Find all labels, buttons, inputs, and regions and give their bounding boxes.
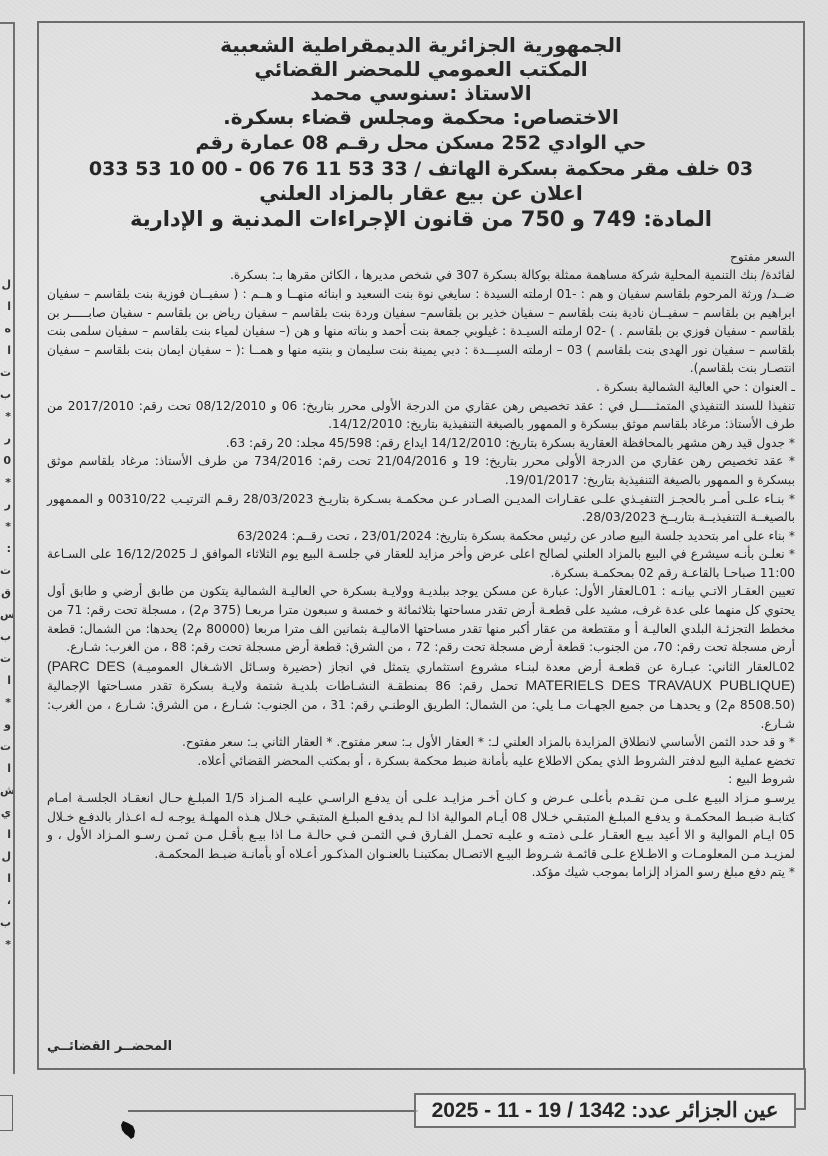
bailiff-name: الاستاذ :سنوسي محمد — [39, 81, 803, 105]
adjacent-column-glyph: ب — [0, 626, 13, 648]
adjacent-column-glyph: ي — [0, 802, 13, 824]
adjacent-column-glyph: 0 — [0, 450, 13, 472]
publication-number-box: عين الجزائر عدد: 1342 / 19 - 11 - 2025 — [414, 1093, 796, 1128]
adjacent-column-glyph: ق — [0, 582, 13, 604]
mortgage-contract-paragraph: * عقد تخصيص رهن عقاري من الدرجة الأولى م… — [47, 452, 795, 489]
enforcement-title-paragraph: تنفيذا للسند التنفيذي المتمثـــــل في : … — [47, 397, 795, 434]
adjacent-column-glyph: ا — [0, 340, 13, 362]
adjacent-column-glyph: * — [0, 472, 13, 494]
address-line-2: 03 خلف مقر محكمة بسكرة الهاتف / 33 53 11… — [39, 158, 803, 181]
adjacent-column-glyph: ب — [0, 912, 13, 934]
notice-header: الجمهورية الجزائرية الديمقراطية الشعبية … — [39, 23, 803, 232]
announcement-title: اعلان عن بيع عقار بالمزاد العلني — [39, 181, 803, 205]
adjacent-column-glyph: ل — [0, 846, 13, 868]
adjacent-column-glyph: ت — [0, 362, 13, 384]
address-line: ـ العنوان : حي العالية الشمالية بسكرة . — [47, 378, 795, 397]
adjacent-column-glyph: ت — [0, 736, 13, 758]
adjacent-column-glyph: ر — [0, 428, 13, 450]
adjacent-column-glyph: ر — [0, 494, 13, 516]
conditions-paragraph: يرسـو مـزاد البيـع علـى مـن تقـدم بأعلـى… — [47, 789, 795, 863]
creditor-line: لفائدة/ بنك التنمية المحلية شركة مساهمة … — [47, 266, 795, 285]
adjacent-column-box — [0, 1095, 13, 1131]
legal-article: المادة: 749 و 750 من قانون الإجراءات الم… — [39, 207, 803, 232]
address-line-1: حي الوادي 252 مسكن محل رقـم 08 عمارة رقم — [39, 132, 803, 155]
adjacent-column-glyph: : — [0, 538, 13, 560]
office-title: المكتب العمومي للمحضر القضائي — [39, 57, 803, 81]
republic-title: الجمهورية الجزائرية الديمقراطية الشعبية — [39, 33, 803, 57]
bailiff-signature: المحضــر القضائــي — [47, 1039, 172, 1054]
notice-body: السعر مفتوح لفائدة/ بنك التنمية المحلية … — [39, 232, 803, 882]
property-2-paragraph: 02ـالعقار الثاني: عبـارة عن قطعـة أرض مع… — [47, 657, 795, 733]
adjacent-column-fragment: لاهاتب*ر0*ر*:تقسبتا*وتاشيالا،ب* — [0, 22, 15, 1074]
property-1-paragraph: تعيين العقـار الاتـي بيانـه : 01ـالعقار … — [47, 582, 795, 656]
adjacent-column-glyph: * — [0, 406, 13, 428]
debtors-paragraph: ضــد/ ورثة المرحوم بلقاسم سفيان و هم : -… — [47, 285, 795, 378]
adjacent-column-glyph: و — [0, 714, 13, 736]
adjacent-column-glyph: ا — [0, 868, 13, 890]
terms-book-line: تخضع عملية البيع لدفتر الشروط الذي يمكن … — [47, 752, 795, 771]
publication-number: عين الجزائر عدد: 1342 / 19 - 11 - 2025 — [432, 1099, 779, 1122]
session-order-line: * بناء على امر بتحديد جلسة البيع صادر عن… — [47, 527, 795, 546]
adjacent-column-glyph: ب — [0, 384, 13, 406]
adjacent-column-glyph: ت — [0, 560, 13, 582]
ink-smudge-icon — [120, 1120, 136, 1140]
adjacent-column-glyph: * — [0, 934, 13, 956]
price-line: السعر مفتوح — [47, 248, 795, 267]
sale-announcement-paragraph: * نعلـن بأنـه سيشرع في البيع بالمزاد الع… — [47, 545, 795, 582]
adjacent-column-glyph: ا — [0, 296, 13, 318]
footer-connector — [804, 1068, 806, 1110]
jurisdiction: الاختصاص: محكمة ومجلس قضاء بسكرة. — [39, 105, 803, 129]
mortgage-register-line: * جدول قيد رهن مشهر بالمحافظة العقارية ب… — [47, 434, 795, 453]
conditions-title: شروط البيع : — [47, 770, 795, 789]
payment-note: * يتم دفع مبلغ رسو المزاد إلزاما بموجب ش… — [47, 863, 795, 882]
adjacent-column-glyph: ا — [0, 824, 13, 846]
footer-rule — [128, 1110, 418, 1112]
adjacent-column-glyph: * — [0, 516, 13, 538]
auction-notice: الجمهورية الجزائرية الديمقراطية الشعبية … — [37, 21, 805, 1070]
property-2-text-a: 02ـالعقار الثاني: عبـارة عن قطعـة أرض مع… — [132, 660, 795, 674]
adjacent-column-glyph: س — [0, 604, 13, 626]
footer-connector-tick — [796, 1108, 806, 1110]
adjacent-column-glyph: ا — [0, 670, 13, 692]
seizure-order-paragraph: * بنـاء علـى أمـر بالحجـز التنفيـذي علـى… — [47, 490, 795, 527]
adjacent-column-glyph: ه — [0, 318, 13, 340]
base-price-line: * و قد حدد الثمن الأساسي لانطلاق المزايد… — [47, 733, 795, 752]
adjacent-column-glyph: * — [0, 692, 13, 714]
adjacent-column-glyph: ت — [0, 648, 13, 670]
adjacent-column-glyph: ، — [0, 890, 13, 912]
adjacent-column-glyph: ا — [0, 758, 13, 780]
adjacent-column-glyph: ل — [0, 274, 13, 296]
adjacent-column-glyph: ش — [0, 780, 13, 802]
